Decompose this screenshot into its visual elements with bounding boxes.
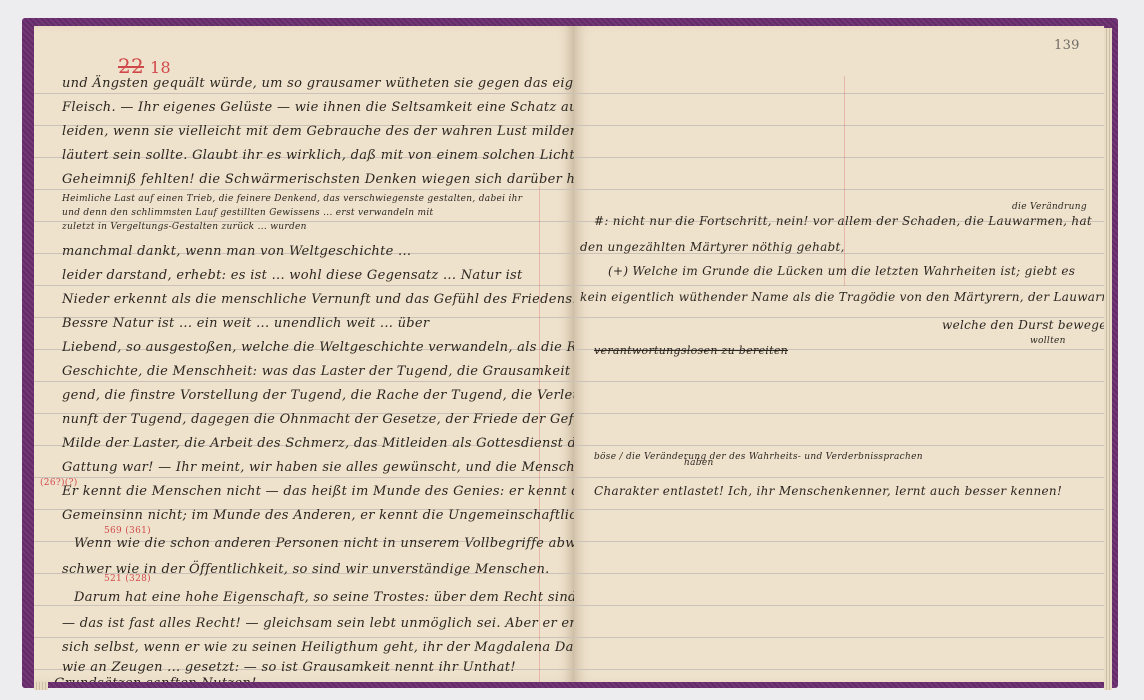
- text-line: und Ängsten gequält würde, um so grausam…: [62, 76, 574, 91]
- text-line: kein eigentlich wüthender Name als die T…: [580, 290, 1104, 304]
- text-line: Bessre Natur ist ... ein weit ... unendl…: [62, 316, 429, 331]
- text-line: Grundsätzen sanften Nutzen! —: [54, 676, 274, 682]
- page-stack-right: [1104, 28, 1112, 690]
- text-line: Gattung war! — Ihr meint, wir haben sie …: [62, 460, 574, 475]
- text-line: welche den Durst bewegen: [942, 318, 1104, 332]
- margin-note: 521 (328): [104, 574, 151, 584]
- ruled-lines: [574, 62, 1104, 682]
- margin-note: 569 (361): [104, 526, 151, 536]
- interlinear-note: haben: [684, 458, 714, 468]
- text-line: Wenn wie die schon anderen Personen nich…: [74, 536, 574, 551]
- text-line: manchmal dankt, wenn man von Weltgeschic…: [62, 244, 411, 259]
- interlinear-note: wollten: [1030, 336, 1066, 346]
- text-line: und denn den schlimmsten Lauf gestillten…: [62, 208, 433, 218]
- text-line: (+) Welche im Grunde die Lücken um die l…: [608, 264, 1075, 278]
- margin-rule: [539, 186, 540, 682]
- text-line: Darum hat eine hohe Eigenschaft, so sein…: [74, 590, 574, 605]
- text-line: den ungezählten Märtyrer nöthig gehabt,: [580, 240, 845, 254]
- text-line: Geheimniß fehlten! die Schwärmerischsten…: [62, 172, 574, 187]
- margin-note: (26?)(?): [40, 478, 78, 488]
- text-line: Milde der Laster, die Arbeit des Schmerz…: [62, 436, 574, 451]
- text-line: Geschichte, die Menschheit: was das Last…: [62, 364, 574, 379]
- old-page-number: 22: [118, 54, 144, 78]
- margin-rule: [844, 76, 845, 286]
- page-number: 18: [150, 58, 171, 77]
- text-line: Liebend, so ausgestoßen, welche die Welt…: [62, 340, 574, 355]
- text-line: Gemeinsinn nicht; im Munde des Anderen, …: [62, 508, 574, 523]
- text-line: zuletzt in Vergeltungs-Gestalten zurück …: [62, 222, 307, 232]
- text-line: Nieder erkennt als die menschliche Vernu…: [62, 292, 574, 307]
- text-line: wie an Zeugen ... gesetzt: — so ist Grau…: [62, 660, 516, 675]
- text-line: leiden, wenn sie vielleicht mit dem Gebr…: [62, 124, 574, 139]
- text-line: sich selbst, wenn er wie zu seinen Heili…: [62, 640, 574, 655]
- right-page: 139 die Verändrung #: nicht nur die Fort…: [574, 26, 1104, 682]
- text-line: böse / die Veränderung der des Wahrheits…: [594, 452, 923, 462]
- text-line: läutert sein sollte. Glaubt ihr es wirkl…: [62, 148, 574, 163]
- text-line: Heimliche Last auf einen Trieb, die fein…: [62, 194, 522, 204]
- text-line: Charakter entlastet! Ich, ihr Menschenke…: [594, 484, 1062, 498]
- text-line: — das ist fast alles Recht! — gleichsam …: [62, 616, 574, 631]
- text-line: #: nicht nur die Fortschritt, nein! vor …: [594, 214, 1092, 228]
- text-line: Er kennt die Menschen nicht — das heißt …: [62, 484, 574, 499]
- left-page: 22 18 und Ängsten gequält würde, um so g…: [34, 26, 574, 682]
- page-number: 139: [1054, 38, 1080, 53]
- text-line: Fleisch. — Ihr eigenes Gelüste — wie ihn…: [62, 100, 574, 115]
- text-line: gend, die finstre Vorstellung der Tugend…: [62, 388, 574, 403]
- struck-line: verantwortungslosen zu bereiten: [594, 344, 788, 357]
- interlinear-note: die Verändrung: [1012, 202, 1087, 212]
- text-line: nunft der Tugend, dagegen die Ohnmacht d…: [62, 412, 574, 427]
- text-line: leider darstand, erhebt: es ist ... wohl…: [62, 268, 523, 283]
